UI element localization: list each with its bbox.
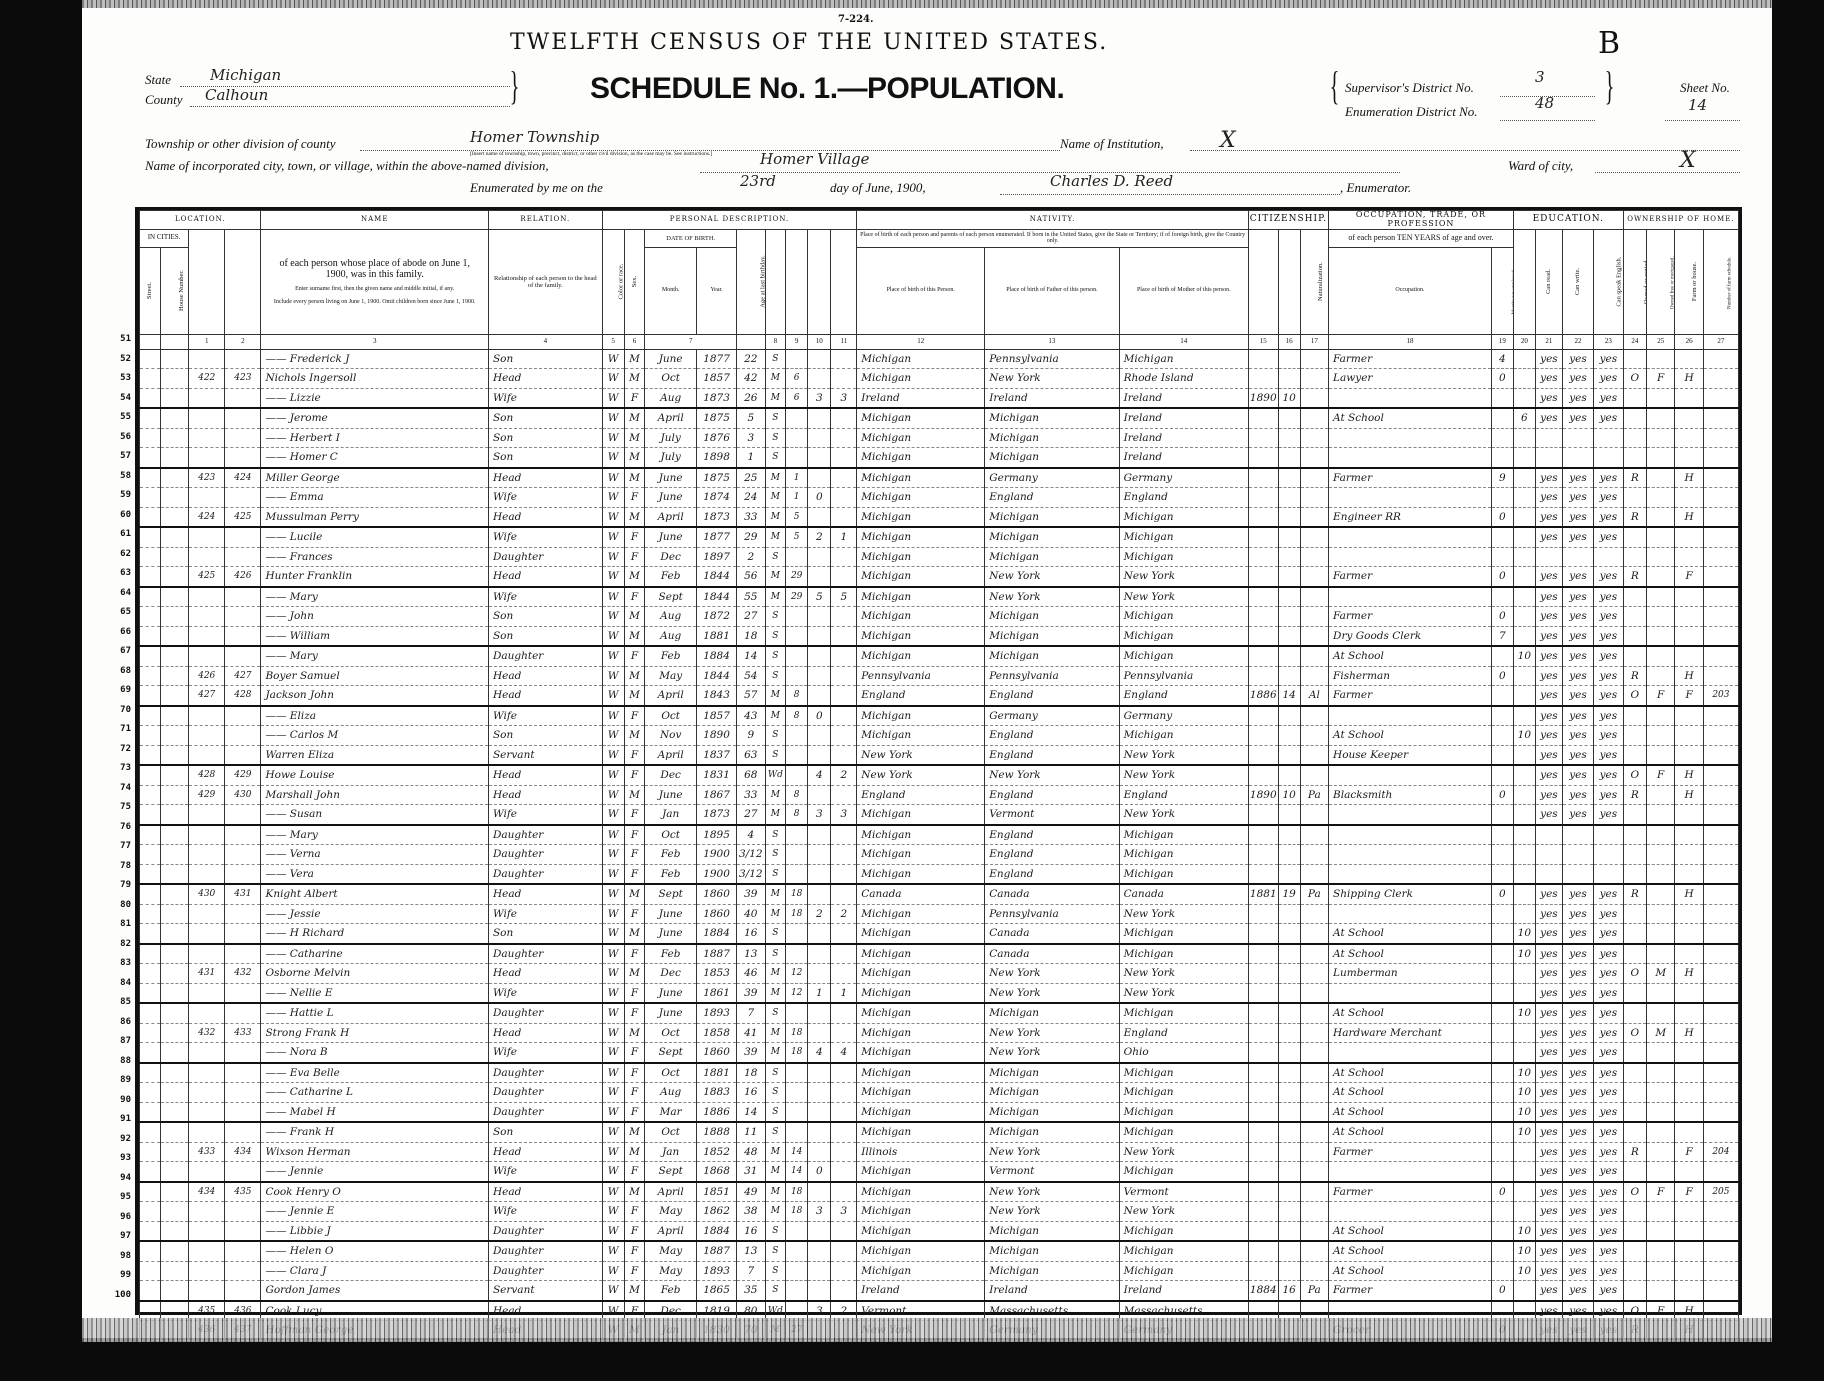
col-owned-rented: Owned or rented. [1623, 229, 1646, 334]
cell-dwelling-number [189, 1043, 225, 1063]
cell-empty [140, 369, 161, 389]
cell-farm-house [1675, 428, 1703, 448]
cell-empty [160, 884, 188, 904]
cell-empty [160, 626, 188, 646]
cell-age: 24 [737, 488, 765, 508]
cell-family-number: 434 [225, 1142, 261, 1162]
table-row: 430431Knight AlbertHeadWMSept186039M18Ca… [140, 884, 1739, 904]
county-value: Calhoun [205, 86, 268, 104]
cell-immigration-year [1248, 1003, 1278, 1023]
cell-occupation: At School [1329, 726, 1492, 746]
cell-immigration-year [1248, 765, 1278, 785]
cell-birthplace: Michigan [857, 527, 985, 547]
cell-years-in-us [1278, 864, 1300, 884]
cell-marital-status: M [765, 964, 786, 984]
cell-father-birthplace: Michigan [985, 507, 1119, 527]
cell-farm-house: F [1675, 1142, 1703, 1162]
cell-birth-month: June [645, 1003, 697, 1023]
cell-father-birthplace: New York [985, 1023, 1119, 1043]
cell-farm-schedule [1703, 1281, 1738, 1301]
cell-children-living [831, 567, 857, 587]
cell-immigration-year [1248, 448, 1278, 468]
cell-occupation: At School [1329, 1083, 1492, 1103]
cell-empty [160, 765, 188, 785]
col-name-desc: of each person whose place of abode on J… [261, 229, 488, 334]
cell-color: W [602, 1202, 624, 1222]
cell-years-in-us [1278, 825, 1300, 845]
cell-age: 48 [737, 1142, 765, 1162]
enumerated-day: 23rd [740, 172, 776, 190]
cell-children-living [831, 1162, 857, 1182]
cell-dwelling-number [189, 845, 225, 865]
column-number [160, 334, 188, 349]
table-row: —— CatharineDaughterWFFeb188713SMichigan… [140, 944, 1739, 964]
line-number: 64 [95, 584, 135, 604]
cell-color: W [602, 964, 624, 984]
cell-immigration-year [1248, 1241, 1278, 1261]
cell-empty [160, 1241, 188, 1261]
cell-immigration-year [1248, 944, 1278, 964]
cell-months-unemployed [1491, 805, 1513, 825]
cell-dwelling-number [189, 388, 225, 408]
cell-empty [160, 825, 188, 845]
cell-family-number [225, 1261, 261, 1281]
cell-dwelling-number [189, 607, 225, 627]
col-dwelling: Number of dwelling-house, in the order o… [189, 229, 225, 334]
county-label: County [145, 92, 183, 108]
cell-relation: Head [488, 765, 602, 785]
cell-family-number: 424 [225, 468, 261, 488]
cell-mother-of: 0 [808, 706, 831, 726]
cell-owned-rented: R [1623, 785, 1646, 805]
cell-can-read: yes [1535, 1182, 1562, 1202]
column-number: 20 [1513, 334, 1535, 349]
cell-free-mortgaged [1646, 666, 1674, 686]
cell-free-mortgaged [1646, 785, 1674, 805]
cell-father-birthplace: England [985, 726, 1119, 746]
cell-empty [140, 805, 161, 825]
cell-free-mortgaged [1646, 349, 1674, 369]
line-number: 57 [95, 447, 135, 467]
cell-naturalization [1300, 388, 1328, 408]
cell-birthplace: Pennsylvania [857, 666, 985, 686]
cell-person-name: Cook Henry O [261, 1182, 488, 1202]
cell-birthplace: Michigan [857, 448, 985, 468]
cell-free-mortgaged [1646, 884, 1674, 904]
cell-person-name: Hunter Franklin [261, 567, 488, 587]
cell-farm-house [1675, 726, 1703, 746]
cell-years-in-us [1278, 1083, 1300, 1103]
table-row: —— JennieWifeWFSept186831M140MichiganVer… [140, 1162, 1739, 1182]
cell-can-read: yes [1535, 1023, 1562, 1043]
cell-can-read: yes [1535, 884, 1562, 904]
cell-farm-schedule [1703, 567, 1738, 587]
cell-age: 55 [737, 587, 765, 607]
table-row: —— Jennie EWifeWFMay186238M1833MichiganN… [140, 1202, 1739, 1222]
cell-can-read [1535, 825, 1562, 845]
cell-occupation: Farmer [1329, 567, 1492, 587]
cell-person-name: —— Jennie [261, 1162, 488, 1182]
cell-months-unemployed [1491, 944, 1513, 964]
cell-family-number [225, 349, 261, 369]
cell-relation: Daughter [488, 1102, 602, 1122]
cell-attended-school [1513, 388, 1535, 408]
cell-months-unemployed [1491, 488, 1513, 508]
cell-farm-house [1675, 448, 1703, 468]
cell-can-read: yes [1535, 1202, 1562, 1222]
cell-farm-schedule [1703, 448, 1738, 468]
cell-years-married: 1 [786, 488, 808, 508]
occupation-desc: of each person TEN YEARS of age and over… [1329, 229, 1514, 247]
table-row: —— LucileWifeWFJune187729M521MichiganMic… [140, 527, 1739, 547]
brace-district-left: { [1330, 62, 1340, 109]
cell-can-read: yes [1535, 1162, 1562, 1182]
cell-family-number [225, 1083, 261, 1103]
cell-naturalization [1300, 1122, 1328, 1142]
cell-birthplace: Michigan [857, 349, 985, 369]
ward-value: X [1680, 148, 1696, 173]
cell-farm-house: F [1675, 1182, 1703, 1202]
cell-dwelling-number [189, 706, 225, 726]
cell-dwelling-number: 427 [189, 686, 225, 706]
cell-empty [160, 468, 188, 488]
cell-immigration-year [1248, 1162, 1278, 1182]
cell-birth-month: Aug [645, 388, 697, 408]
cell-person-name: —— Lizzie [261, 388, 488, 408]
cell-farm-house: F [1675, 686, 1703, 706]
cell-farm-schedule [1703, 1043, 1738, 1063]
column-number: 14 [1119, 334, 1248, 349]
cell-mother-birthplace: New York [1119, 567, 1248, 587]
cell-attended-school [1513, 825, 1535, 845]
cell-marital-status: S [765, 745, 786, 765]
cell-family-number [225, 408, 261, 428]
cell-months-unemployed: 4 [1491, 349, 1513, 369]
cell-mother-birthplace: New York [1119, 805, 1248, 825]
cell-owned-rented [1623, 388, 1646, 408]
cell-immigration-year [1248, 1261, 1278, 1281]
cell-dwelling-number: 428 [189, 765, 225, 785]
cell-immigration-year: 1884 [1248, 1281, 1278, 1301]
cell-occupation: Fisherman [1329, 666, 1492, 686]
cell-age: 25 [737, 468, 765, 488]
cell-age: 46 [737, 964, 765, 984]
cell-relation: Wife [488, 983, 602, 1003]
col-relation-desc: Relationship of each person to the head … [488, 229, 602, 334]
cell-birthplace: Michigan [857, 1202, 985, 1222]
cell-attended-school [1513, 706, 1535, 726]
cell-age: 3/12 [737, 845, 765, 865]
cell-family-number [225, 726, 261, 746]
cell-can-read [1535, 448, 1562, 468]
cell-attended-school [1513, 448, 1535, 468]
cell-sex: M [624, 349, 645, 369]
cell-children-living [831, 547, 857, 567]
cell-empty [160, 1261, 188, 1281]
cell-mother-birthplace: Michigan [1119, 527, 1248, 547]
cell-empty [140, 448, 161, 468]
cell-color: W [602, 428, 624, 448]
cell-empty [160, 547, 188, 567]
line-number: 96 [95, 1208, 135, 1228]
cell-owned-rented: R [1623, 1142, 1646, 1162]
cell-can-read: yes [1535, 924, 1562, 944]
cell-color: W [602, 468, 624, 488]
cell-birthplace: Michigan [857, 1162, 985, 1182]
cell-person-name: —— Emma [261, 488, 488, 508]
cell-farm-house [1675, 1063, 1703, 1083]
cell-months-unemployed [1491, 1241, 1513, 1261]
cell-age: 1 [737, 448, 765, 468]
cell-farm-schedule [1703, 547, 1738, 567]
cell-family-number: 423 [225, 369, 261, 389]
cell-immigration-year [1248, 666, 1278, 686]
cell-birth-month: June [645, 924, 697, 944]
cell-farm-schedule [1703, 388, 1738, 408]
cell-immigration-year [1248, 1043, 1278, 1063]
cell-farm-house [1675, 1261, 1703, 1281]
cell-marital-status: M [765, 904, 786, 924]
cell-mother-birthplace: Michigan [1119, 547, 1248, 567]
table-row: —— Hattie LDaughterWFJune18937SMichiganM… [140, 1003, 1739, 1023]
cell-family-number [225, 1221, 261, 1241]
cell-can-read: yes [1535, 507, 1562, 527]
cell-age: 3 [737, 428, 765, 448]
cell-children-living [831, 369, 857, 389]
cell-owned-rented [1623, 1102, 1646, 1122]
cell-free-mortgaged [1646, 983, 1674, 1003]
cell-empty [140, 607, 161, 627]
cell-mother-birthplace: Michigan [1119, 1083, 1248, 1103]
cell-farm-house [1675, 1162, 1703, 1182]
cell-can-read: yes [1535, 349, 1562, 369]
cell-mother-of [808, 369, 831, 389]
cell-father-birthplace: Germany [985, 706, 1119, 726]
cell-naturalization [1300, 547, 1328, 567]
cell-relation: Head [488, 785, 602, 805]
cell-birth-year: 1860 [697, 884, 737, 904]
cell-family-number [225, 1281, 261, 1301]
cell-children-living [831, 448, 857, 468]
cell-birth-year: 1890 [697, 726, 737, 746]
cell-mother-of [808, 825, 831, 845]
cell-birth-month: June [645, 468, 697, 488]
cell-father-birthplace: Michigan [985, 626, 1119, 646]
cell-can-read [1535, 428, 1562, 448]
cell-children-living [831, 1142, 857, 1162]
cell-free-mortgaged [1646, 924, 1674, 944]
cell-occupation: Hardware Merchant [1329, 1023, 1492, 1043]
cell-can-write: yes [1562, 1142, 1593, 1162]
cell-family-number [225, 1043, 261, 1063]
cell-sex: M [624, 1122, 645, 1142]
cell-years-married: 12 [786, 964, 808, 984]
cell-farm-schedule [1703, 745, 1738, 765]
cell-owned-rented: O [1623, 1182, 1646, 1202]
cell-can-read: yes [1535, 666, 1562, 686]
table-row: 424425Mussulman PerryHeadWMApril187333M5… [140, 507, 1739, 527]
col-years-married: Number of years married. [786, 229, 808, 334]
column-number: 26 [1675, 334, 1703, 349]
cell-children-living: 1 [831, 527, 857, 547]
cell-attended-school [1513, 904, 1535, 924]
cell-attended-school: 10 [1513, 1083, 1535, 1103]
cell-farm-house [1675, 547, 1703, 567]
cell-relation: Daughter [488, 1063, 602, 1083]
table-row: 422423Nichols IngersollHeadWMOct185742M6… [140, 369, 1739, 389]
cell-naturalization: Pa [1300, 1281, 1328, 1301]
cell-marital-status: S [765, 607, 786, 627]
cell-farm-schedule [1703, 408, 1738, 428]
cell-owned-rented: O [1623, 686, 1646, 706]
cell-farm-schedule [1703, 1083, 1738, 1103]
table-row: —— Clara JDaughterWFMay18937SMichiganMic… [140, 1261, 1739, 1281]
cell-farm-schedule: 204 [1703, 1142, 1738, 1162]
cell-sex: M [624, 567, 645, 587]
cell-occupation: Farmer [1329, 349, 1492, 369]
cell-owned-rented [1623, 408, 1646, 428]
cell-owned-rented [1623, 448, 1646, 468]
cell-months-unemployed [1491, 904, 1513, 924]
cell-naturalization [1300, 448, 1328, 468]
cell-sex: F [624, 547, 645, 567]
cell-free-mortgaged [1646, 1162, 1674, 1182]
cell-empty [160, 1063, 188, 1083]
cell-occupation [1329, 388, 1492, 408]
cell-children-living: 2 [831, 765, 857, 785]
cell-color: W [602, 1083, 624, 1103]
cell-occupation [1329, 864, 1492, 884]
cell-birth-month: Feb [645, 944, 697, 964]
cell-person-name: —— Jerome [261, 408, 488, 428]
cell-occupation [1329, 805, 1492, 825]
cell-birthplace: Michigan [857, 408, 985, 428]
cell-farm-schedule [1703, 944, 1738, 964]
line-number: 51 [95, 330, 135, 350]
cell-farm-schedule [1703, 785, 1738, 805]
cell-person-name: Miller George [261, 468, 488, 488]
cell-farm-schedule [1703, 1102, 1738, 1122]
sheet-letter: B [1598, 26, 1620, 61]
cell-father-birthplace: Vermont [985, 1162, 1119, 1182]
cell-birth-year: 1844 [697, 567, 737, 587]
sheet-value: 14 [1688, 96, 1707, 114]
cell-mother-of: 2 [808, 904, 831, 924]
cell-mother-birthplace: New York [1119, 765, 1248, 785]
cell-empty [140, 408, 161, 428]
cell-children-living [831, 349, 857, 369]
cell-children-living [831, 666, 857, 686]
cell-attended-school [1513, 805, 1535, 825]
cell-mother-of [808, 1261, 831, 1281]
cell-farm-schedule [1703, 626, 1738, 646]
cell-years-married: 18 [786, 1043, 808, 1063]
cell-naturalization [1300, 607, 1328, 627]
table-row: 426427Boyer SamuelHeadWMMay184454SPennsy… [140, 666, 1739, 686]
cell-marital-status: S [765, 825, 786, 845]
cell-owned-rented [1623, 1083, 1646, 1103]
cell-years-in-us [1278, 507, 1300, 527]
cell-immigration-year [1248, 845, 1278, 865]
cell-mother-of [808, 944, 831, 964]
cell-immigration-year [1248, 864, 1278, 884]
cell-mother-birthplace: Michigan [1119, 825, 1248, 845]
cell-empty [160, 726, 188, 746]
cell-mother-of [808, 845, 831, 865]
cell-birth-year: 1883 [697, 1083, 737, 1103]
cell-person-name: —— Nellie E [261, 983, 488, 1003]
cell-person-name: —— Clara J [261, 1261, 488, 1281]
cell-relation: Son [488, 448, 602, 468]
cell-father-birthplace: New York [985, 1202, 1119, 1222]
cell-can-read: yes [1535, 1261, 1562, 1281]
cell-empty [140, 1102, 161, 1122]
cell-relation: Daughter [488, 547, 602, 567]
cell-owned-rented [1623, 626, 1646, 646]
cell-birth-month: Dec [645, 765, 697, 785]
cell-occupation: At School [1329, 408, 1492, 428]
cell-farm-house [1675, 607, 1703, 627]
cell-occupation: Farmer [1329, 686, 1492, 706]
cell-color: W [602, 1023, 624, 1043]
cell-color: W [602, 349, 624, 369]
cell-children-living [831, 488, 857, 508]
cell-sex: M [624, 686, 645, 706]
cell-relation: Daughter [488, 825, 602, 845]
cell-owned-rented: R [1623, 666, 1646, 686]
cell-years-married [786, 1003, 808, 1023]
cell-marital-status: S [765, 944, 786, 964]
cell-person-name: —— Vera [261, 864, 488, 884]
cell-attended-school [1513, 1162, 1535, 1182]
cell-immigration-year [1248, 626, 1278, 646]
in-cities-header: IN CITIES. [140, 229, 189, 247]
cell-empty [140, 745, 161, 765]
cell-marital-status: S [765, 547, 786, 567]
cell-marital-status: S [765, 1102, 786, 1122]
cell-mother-birthplace: Germany [1119, 468, 1248, 488]
cell-person-name: —— Herbert I [261, 428, 488, 448]
cell-dwelling-number: 425 [189, 567, 225, 587]
cell-farm-house: H [1675, 884, 1703, 904]
cell-marital-status: M [765, 1043, 786, 1063]
cell-years-in-us [1278, 765, 1300, 785]
cell-mother-birthplace: Michigan [1119, 507, 1248, 527]
cell-color: W [602, 726, 624, 746]
cell-color: W [602, 845, 624, 865]
cell-mother-birthplace: England [1119, 686, 1248, 706]
column-number: 4 [488, 334, 602, 349]
cell-years-in-us [1278, 607, 1300, 627]
table-row: —— MaryDaughterWFOct18954SMichiganEnglan… [140, 825, 1739, 845]
cell-birthplace: Michigan [857, 1241, 985, 1261]
cell-birthplace: England [857, 785, 985, 805]
cell-birth-year: 1853 [697, 964, 737, 984]
cell-can-read: yes [1535, 765, 1562, 785]
cell-empty [140, 785, 161, 805]
cell-age: 35 [737, 1281, 765, 1301]
column-number: 1 [189, 334, 225, 349]
cell-naturalization [1300, 587, 1328, 607]
cell-can-write: yes [1562, 904, 1593, 924]
cell-owned-rented [1623, 607, 1646, 627]
cell-mother-of: 0 [808, 1162, 831, 1182]
cell-can-speak-english: yes [1594, 666, 1624, 686]
cell-color: W [602, 607, 624, 627]
cell-years-married: 18 [786, 884, 808, 904]
cell-mother-birthplace: Canada [1119, 884, 1248, 904]
cell-empty [140, 825, 161, 845]
